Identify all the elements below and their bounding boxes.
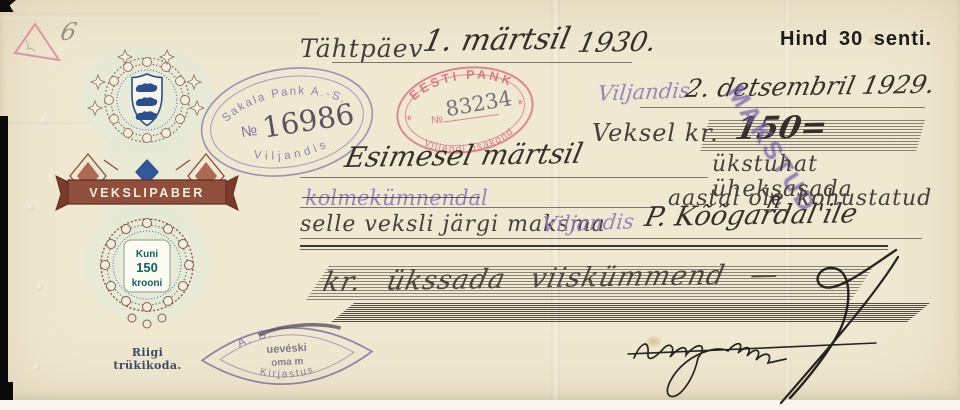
stamp-no-label: № (430, 113, 444, 127)
paper-bump (36, 284, 43, 291)
paper-bump (40, 118, 47, 125)
limit-150: 150 (136, 260, 158, 275)
due-year-handwritten: 1930. (575, 27, 659, 59)
due-date-handwritten: 1. märtsil (420, 21, 574, 59)
signatures (600, 230, 960, 410)
strike-through-line (302, 197, 480, 198)
amount-label: Veksel kr. (592, 119, 719, 147)
printer-imprint: Riigi trükikoda. (100, 346, 195, 372)
payee-handwritten: P. Kõõgardal'ile (642, 198, 860, 233)
struck-signature (634, 344, 786, 397)
rule-line (640, 107, 925, 108)
body-date-words: Esimesel märtsil (342, 137, 586, 174)
svg-text:Viljandis: Viljandis (251, 137, 332, 167)
limit-kuni: Kuni (136, 249, 158, 260)
due-date-label: Tähtpäev (300, 34, 424, 63)
publisher-stamp: A. S. Kirjastus uevéski oma m (190, 312, 385, 400)
stamp-line2: oma m (271, 356, 304, 369)
rule-line (332, 62, 632, 63)
price-label: Hind 30 senti. (780, 28, 932, 51)
stamp-star-left: * (406, 111, 414, 128)
limit-krooni: krooni (132, 278, 163, 289)
scan-edge (0, 116, 8, 400)
scanned-veksel-document: 6 (0, 0, 960, 410)
rule-line (300, 177, 708, 178)
scan-edge (0, 382, 13, 400)
vignette-title: VEKSLIPABER (89, 186, 204, 200)
stamp-number: 83234 (444, 86, 514, 121)
stamp-arc-bottom: Viljandis (251, 137, 332, 167)
stamp-line1: uevéski (266, 342, 307, 356)
paper-bump (27, 204, 34, 211)
paper-bump (33, 364, 40, 371)
rule-line (300, 207, 662, 208)
stamp-no-label: № (240, 122, 259, 141)
stamp-number: 16986 (260, 97, 356, 145)
issue-place-printed: Viljandis (597, 78, 692, 105)
